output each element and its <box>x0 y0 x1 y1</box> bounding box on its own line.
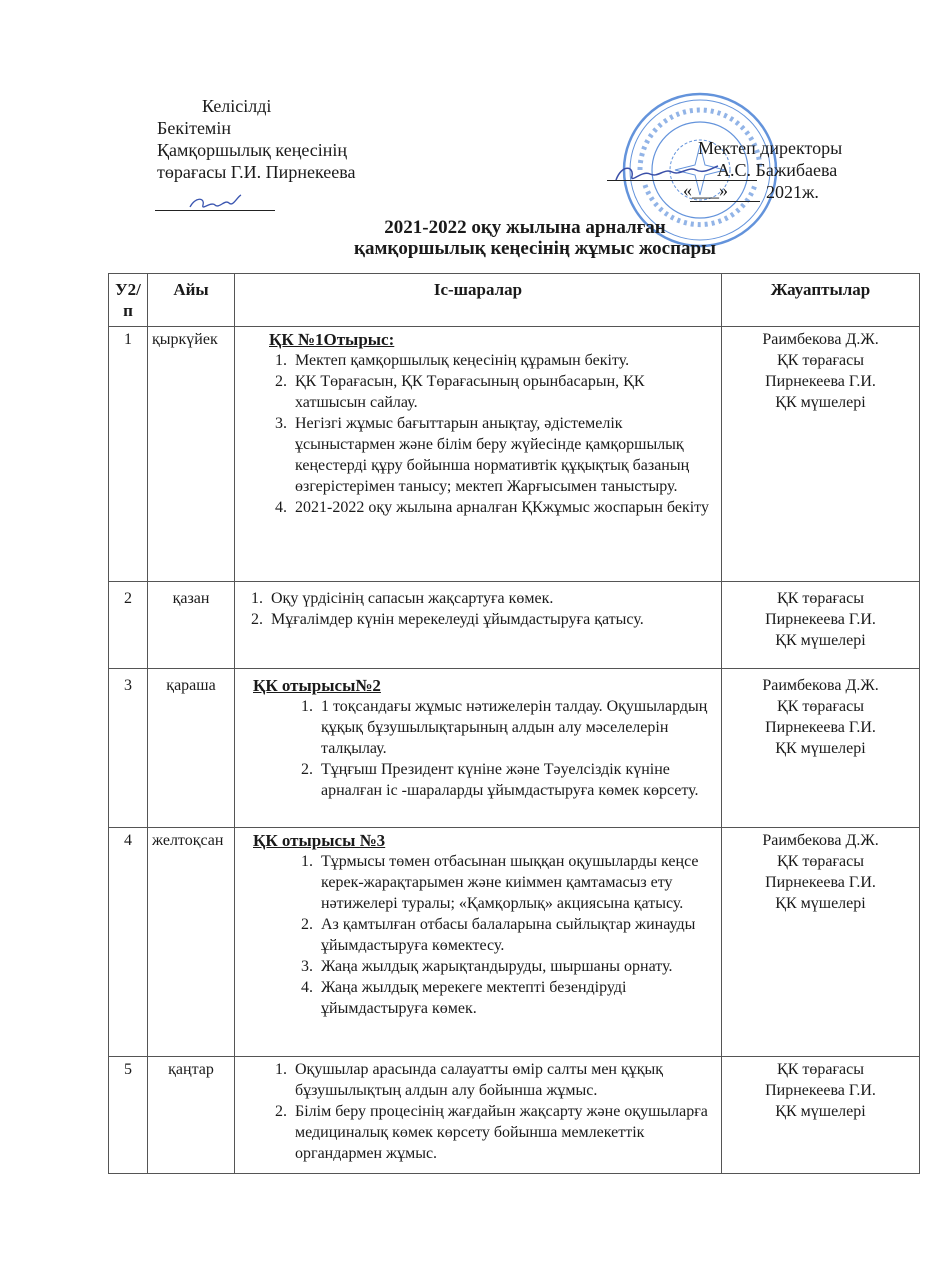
responsible-person: Пирнекеева Г.И. <box>726 371 915 392</box>
table-row: 1 қыркүйек ҚК №1Отырыс: Мектеп қамқоршыл… <box>109 327 920 582</box>
document-title-line2: қамқоршылық кеңесінің жұмыс жоспары <box>0 238 930 260</box>
row-number: 1 <box>109 327 148 582</box>
row-activities: ҚК отырысы №3 Тұрмысы төмен отбасынан шы… <box>235 828 722 1057</box>
row-responsible: ҚК төрағасы Пирнекеева Г.И. ҚК мүшелері <box>722 1057 920 1174</box>
director-title: Мектеп директоры <box>698 137 842 159</box>
activity-item: Тұрмысы төмен отбасынан шыққан оқушылард… <box>317 851 717 914</box>
activity-item: Мұғалімдер күнін мерекелеуді ұйымдастыру… <box>267 609 717 630</box>
table-header-row: У2/п Айы Іс-шаралар Жауаптылар <box>109 274 920 327</box>
activity-item: Оқушылар арасында салауатты өмір салты м… <box>291 1059 717 1101</box>
header-month: Айы <box>148 274 235 327</box>
responsible-person: Пирнекеева Г.И. <box>726 1080 915 1101</box>
activity-item: Тұңғыш Президент күніне және Тәуелсіздік… <box>317 759 717 801</box>
date-line <box>690 201 760 202</box>
row-responsible: Раимбекова Д.Ж. ҚК төрағасы Пирнекеева Г… <box>722 828 920 1057</box>
activity-item: 2021-2022 оқу жылына арналған ҚКжұмыс жо… <box>291 497 717 518</box>
activity-item: 1 тоқсандағы жұмыс нәтижелерін талдау. О… <box>317 696 717 759</box>
table-row: 3 қараша ҚК отырысы№2 1 тоқсандағы жұмыс… <box>109 669 920 828</box>
header-responsible: Жауаптылар <box>722 274 920 327</box>
approve-label: Бекітемін <box>157 117 355 139</box>
activity-item: Жаңа жылдық жарықтандыруды, шыршаны орна… <box>317 956 717 977</box>
council-chair-name: төрағасы Г.И. Пирнекеева <box>157 161 355 183</box>
row-month: қаңтар <box>148 1057 235 1174</box>
header-number: У2/п <box>109 274 148 327</box>
responsible-person: ҚК төрағасы <box>726 851 915 872</box>
responsible-person: ҚК төрағасы <box>726 350 915 371</box>
row-number: 5 <box>109 1057 148 1174</box>
row-month: желтоқсан <box>148 828 235 1057</box>
meeting-heading: ҚК №1Отырыс: <box>239 329 717 350</box>
responsible-person: Раимбекова Д.Ж. <box>726 329 915 350</box>
responsible-person: ҚК төрағасы <box>726 696 915 717</box>
responsible-person: ҚК төрағасы <box>726 1059 915 1080</box>
agreed-label: Келісілді <box>157 95 355 117</box>
row-month: қазан <box>148 582 235 669</box>
table-row: 5 қаңтар Оқушылар арасында салауатты өмі… <box>109 1057 920 1174</box>
table-row: 2 қазан Оқу үрдісінің сапасын жақсартуға… <box>109 582 920 669</box>
activity-item: Мектеп қамқоршылық кеңесінің құрамын бек… <box>291 350 717 371</box>
row-activities: Оқушылар арасында салауатты өмір салты м… <box>235 1057 722 1174</box>
council-title-line1: Қамқоршылық кеңесінің <box>157 139 355 161</box>
row-activities: ҚК отырысы№2 1 тоқсандағы жұмыс нәтижеле… <box>235 669 722 828</box>
row-responsible: Раимбекова Д.Ж. ҚК төрағасы Пирнекеева Г… <box>722 327 920 582</box>
signature-line-left <box>155 210 275 211</box>
row-month: қараша <box>148 669 235 828</box>
responsible-person: Пирнекеева Г.И. <box>726 717 915 738</box>
meeting-heading: ҚК отырысы №3 <box>239 830 717 851</box>
activity-item: ҚК Төрағасын, ҚК Төрағасының орынбасарын… <box>291 371 717 413</box>
responsible-person: Пирнекеева Г.И. <box>726 609 915 630</box>
responsible-person: ҚК мүшелері <box>726 738 915 759</box>
row-number: 3 <box>109 669 148 828</box>
row-number: 2 <box>109 582 148 669</box>
responsible-person: Раимбекова Д.Ж. <box>726 675 915 696</box>
signature-icon <box>185 193 245 215</box>
table-row: 4 желтоқсан ҚК отырысы №3 Тұрмысы төмен … <box>109 828 920 1057</box>
responsible-person: ҚК мүшелері <box>726 893 915 914</box>
responsible-person: ҚК мүшелері <box>726 392 915 413</box>
document-title-line1: 2021-2022 оқу жылына арналған <box>0 217 930 239</box>
responsible-person: ҚК төрағасы <box>726 588 915 609</box>
row-activities: ҚК №1Отырыс: Мектеп қамқоршылық кеңесіні… <box>235 327 722 582</box>
activity-item: Негізгі жұмыс бағыттарын анықтау, әдісте… <box>291 413 717 497</box>
signature-line-right <box>607 180 757 181</box>
row-responsible: ҚК төрағасы Пирнекеева Г.И. ҚК мүшелері <box>722 582 920 669</box>
row-responsible: Раимбекова Д.Ж. ҚК төрағасы Пирнекеева Г… <box>722 669 920 828</box>
approval-block-left: Келісілді Бекітемін Қамқоршылық кеңесіні… <box>157 95 355 183</box>
responsible-person: ҚК мүшелері <box>726 1101 915 1122</box>
activity-item: Жаңа жылдық мерекеге мектепті безендіруд… <box>317 977 717 1019</box>
activity-item: Оқу үрдісінің сапасын жақсартуға көмек. <box>267 588 717 609</box>
responsible-person: Пирнекеева Г.И. <box>726 872 915 893</box>
responsible-person: ҚК мүшелері <box>726 630 915 651</box>
header-activities: Іс-шаралар <box>235 274 722 327</box>
responsible-person: Раимбекова Д.Ж. <box>726 830 915 851</box>
row-number: 4 <box>109 828 148 1057</box>
row-activities: Оқу үрдісінің сапасын жақсартуға көмек. … <box>235 582 722 669</box>
row-month: қыркүйек <box>148 327 235 582</box>
activity-item: Аз қамтылған отбасы балаларына сыйлықтар… <box>317 914 717 956</box>
meeting-heading: ҚК отырысы№2 <box>239 675 717 696</box>
director-signature-icon <box>612 160 722 190</box>
work-plan-table: У2/п Айы Іс-шаралар Жауаптылар 1 қыркүйе… <box>108 273 920 1174</box>
activity-item: Білім беру процесінің жағдайын жақсарту … <box>291 1101 717 1164</box>
